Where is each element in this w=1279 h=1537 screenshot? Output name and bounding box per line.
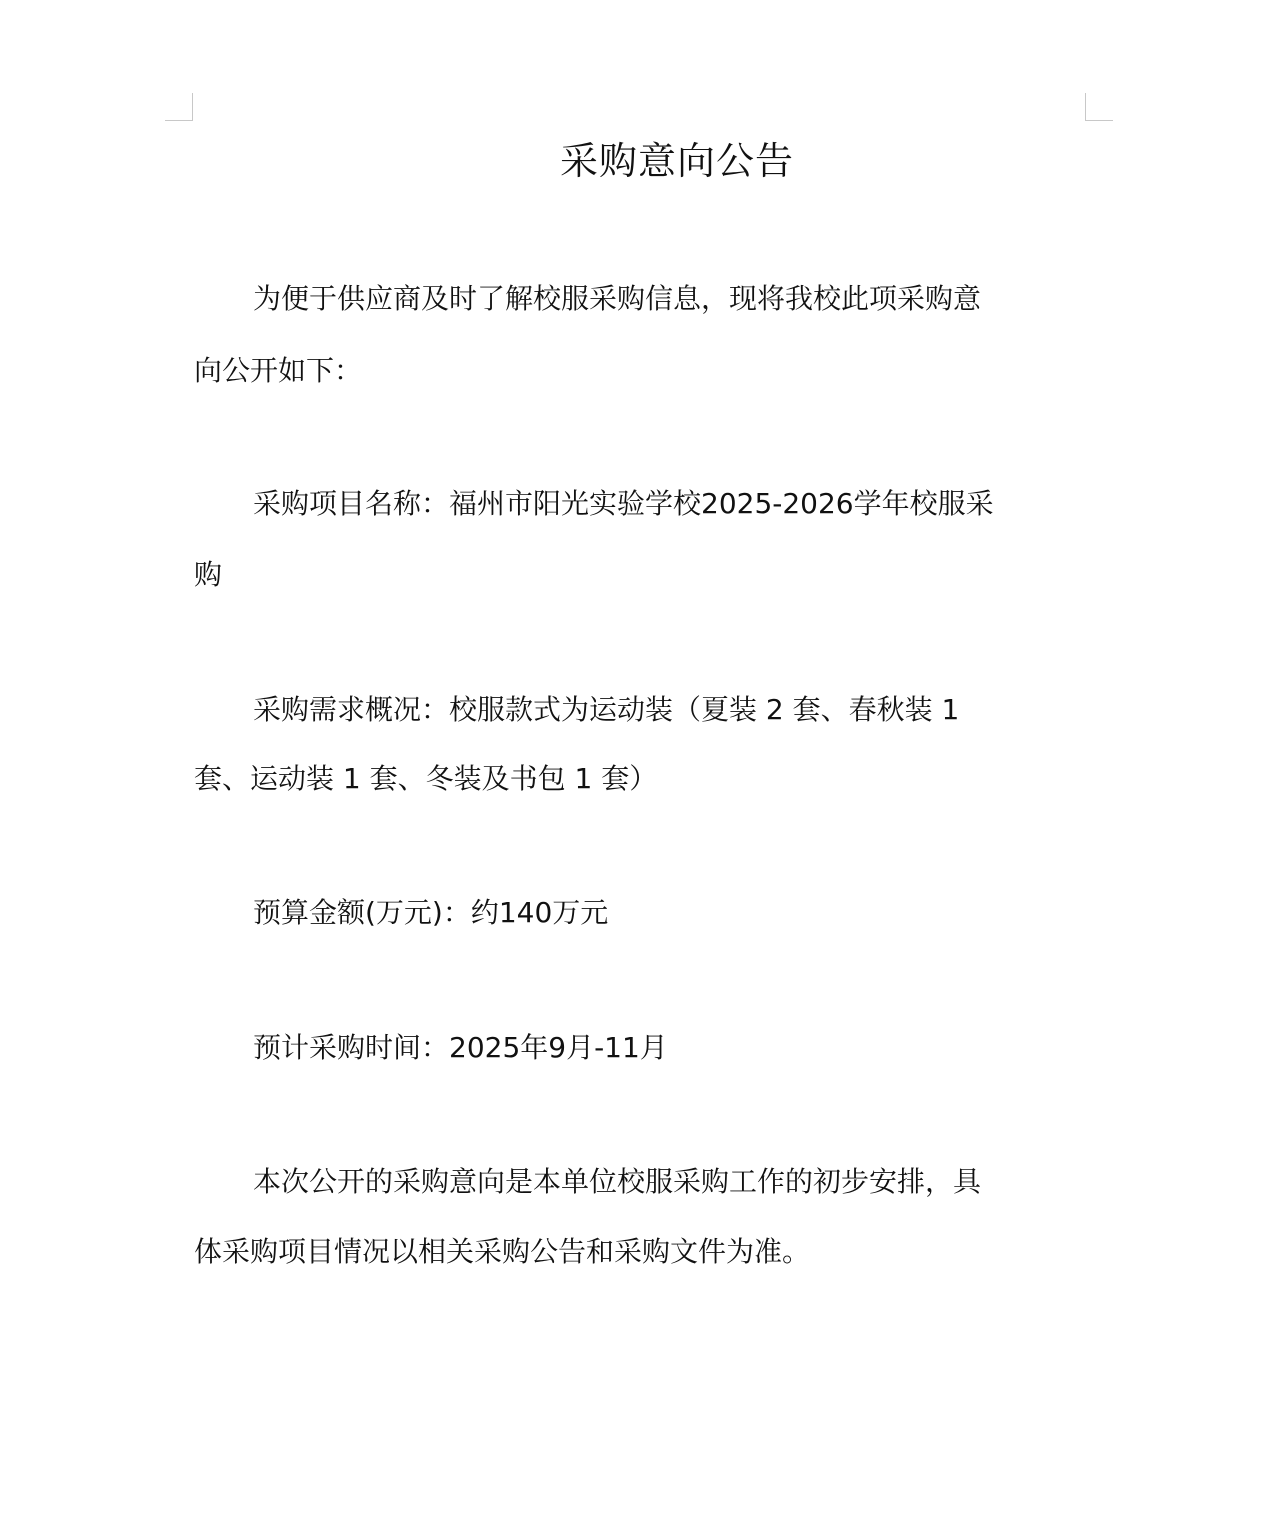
paragraph-timeline: 预计采购时间：2025年9月-11月 [253, 1028, 668, 1068]
document-page: 采购意向公告 为便于供应商及时了解校服采购信息，现将我校此项采购意 向公开如下：… [0, 0, 1279, 1537]
paragraph-disclaimer-line-2: 体采购项目情况以相关采购公告和采购文件为准。 [194, 1232, 810, 1272]
paragraph-budget: 预算金额(万元)：约140万元 [253, 893, 608, 933]
paragraph-requirements-line-2: 套、运动装 1 套、冬装及书包 1 套） [194, 759, 657, 799]
paragraph-intro-line-1: 为便于供应商及时了解校服采购信息，现将我校此项采购意 [253, 279, 981, 319]
page-corner-mark-top-left [165, 93, 193, 121]
paragraph-project-name-line-1: 采购项目名称：福州市阳光实验学校2025-2026学年校服采 [253, 484, 994, 524]
paragraph-requirements-line-1: 采购需求概况：校服款式为运动装（夏装 2 套、春秋装 1 [253, 690, 959, 730]
document-title: 采购意向公告 [0, 136, 1279, 186]
paragraph-project-name-line-2: 购 [194, 555, 222, 595]
paragraph-disclaimer-line-1: 本次公开的采购意向是本单位校服采购工作的初步安排，具 [253, 1162, 981, 1202]
page-corner-mark-top-right [1085, 93, 1113, 121]
paragraph-intro-line-2: 向公开如下： [194, 351, 362, 391]
